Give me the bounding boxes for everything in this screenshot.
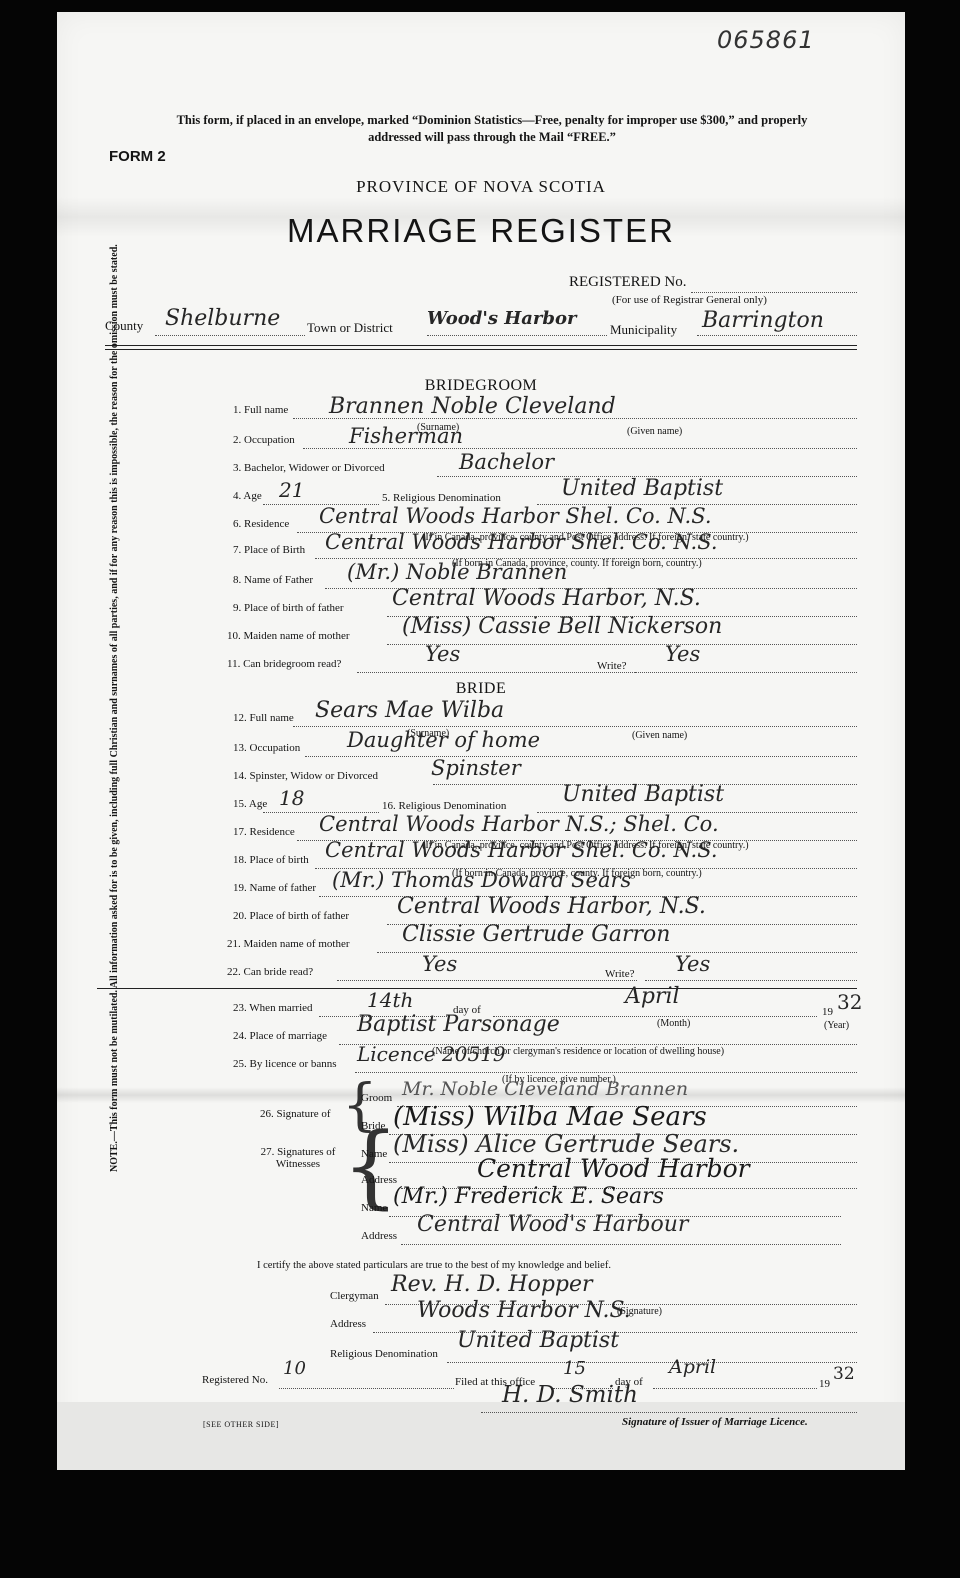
clergyman-address[interactable]: Woods Harbor N.S. (417, 1298, 631, 1323)
field-dots (635, 672, 857, 673)
field-label: Write? (597, 660, 626, 672)
clergyman-label: Clergyman (330, 1290, 379, 1302)
field-label: 8. Name of Father (233, 574, 313, 586)
field-label: Write? (605, 968, 634, 980)
bride-residence[interactable]: Central Woods Harbor N.S.; Shel. Co. (319, 812, 719, 836)
field-label: 16. Religious Denomination (382, 800, 506, 812)
town-label: Town or District (307, 320, 393, 336)
certification-statement: I certify the above stated particulars a… (257, 1260, 611, 1271)
field-dots (337, 980, 637, 981)
municipality-label: Municipality (610, 322, 677, 338)
field-label: 19. Name of father (233, 882, 316, 894)
serial-number: 065861 (717, 26, 815, 54)
filed-year[interactable]: 32 (833, 1364, 855, 1384)
year-hint: (Year) (824, 1020, 849, 1031)
field-label: 11. Can bridegroom read? (227, 658, 341, 670)
bride-occupation[interactable]: Daughter of home (347, 728, 540, 752)
licence-number[interactable]: Licence 20519 (357, 1042, 506, 1066)
given-name-hint: (Given name) (627, 426, 682, 437)
field-label: 5. Religious Denomination (382, 492, 501, 504)
bride-father-name[interactable]: (Mr.) Thomas Doward Sears (332, 868, 631, 892)
field-label: 6. Residence (233, 518, 289, 530)
province-heading: PROVINCE OF NOVA SCOTIA (57, 177, 905, 197)
groom-father-name[interactable]: (Mr.) Noble Brannen (347, 560, 567, 584)
field-label: 21. Maiden name of mother (227, 938, 350, 950)
marriage-day[interactable]: 14th (367, 988, 413, 1012)
witnesses-label: 27. Signatures of Witnesses (253, 1146, 343, 1170)
witness-address-label: Address (361, 1230, 397, 1242)
witness-2-name[interactable]: (Mr.) Frederick E. Sears (393, 1184, 664, 1209)
filed-month[interactable]: April (669, 1356, 716, 1378)
groom-age[interactable]: 21 (279, 478, 304, 502)
clergyman-denomination[interactable]: United Baptist (457, 1328, 619, 1353)
section-rule (97, 988, 857, 989)
licence-label: 25. By licence or banns (233, 1058, 337, 1070)
groom-status[interactable]: Bachelor (459, 450, 554, 474)
field-dots (447, 1362, 857, 1363)
place-of-marriage[interactable]: Baptist Parsonage (357, 1012, 560, 1037)
issuer-signature[interactable]: H. D. Smith (502, 1382, 638, 1408)
bride-signature[interactable]: (Miss) Wilba Mae Sears (393, 1102, 707, 1132)
field-dots (303, 448, 857, 449)
bride-father-birthplace[interactable]: Central Woods Harbor, N.S. (397, 894, 706, 919)
field-label: 20. Place of birth of father (233, 910, 349, 922)
witness-name-label: Name (361, 1202, 387, 1214)
witness-name-label: Name (361, 1148, 387, 1160)
field-dots (293, 726, 857, 727)
town-value[interactable]: Wood's Harbor (427, 308, 576, 329)
double-rule (105, 349, 857, 350)
registered-no-label: REGISTERED No. (569, 274, 687, 291)
county-value[interactable]: Shelburne (165, 306, 280, 331)
brace: { (342, 1122, 399, 1212)
groom-occupation[interactable]: Fisherman (349, 424, 463, 448)
place-of-marriage-label: 24. Place of marriage (233, 1030, 327, 1042)
bride-birthplace[interactable]: Central Woods Harbor Shel. Co. N.S. (325, 838, 718, 862)
when-married-label: 23. When married (233, 1002, 313, 1014)
field-label: 1. Full name (233, 404, 288, 416)
field-label: 4. Age (233, 490, 262, 502)
groom-signature[interactable]: Mr. Noble Cleveland Brannen (402, 1078, 688, 1100)
field-dots (653, 1388, 817, 1389)
field-dots (279, 1388, 454, 1389)
mailing-notice: This form, if placed in an envelope, mar… (157, 112, 827, 146)
field-label: 9. Place of birth of father (233, 602, 344, 614)
town-dots (427, 335, 607, 336)
field-label: 10. Maiden name of mother (227, 630, 350, 642)
field-label: 12. Full name (233, 712, 294, 724)
field-label: 2. Occupation (233, 434, 295, 446)
field-dots (645, 980, 857, 981)
field-label: 17. Residence (233, 826, 295, 838)
year-prefix: 19 (822, 1006, 833, 1018)
form-number: FORM 2 (109, 148, 166, 165)
field-label: 18. Place of birth (233, 854, 309, 866)
field-dots (481, 1412, 857, 1413)
groom-can-write[interactable]: Yes (665, 642, 700, 666)
issuer-signature-label: Signature of Issuer of Marriage Licence. (622, 1416, 808, 1428)
field-label: 3. Bachelor, Widower or Divorced (233, 462, 385, 474)
marriage-year[interactable]: 32 (837, 990, 862, 1014)
witness-1-address[interactable]: Central Wood Harbor (477, 1154, 750, 1183)
registered-no-field[interactable] (691, 292, 857, 293)
bride-full-name[interactable]: Sears Mae Wilba (315, 698, 504, 723)
witness-address-label: Address (361, 1174, 397, 1186)
field-dots (355, 1072, 857, 1073)
denomination-label: Religious Denomination (330, 1348, 438, 1360)
groom-father-birthplace[interactable]: Central Woods Harbor, N.S. (392, 586, 701, 611)
municipality-value[interactable]: Barrington (702, 308, 824, 333)
filed-day[interactable]: 15 (563, 1358, 586, 1379)
field-label: 7. Place of Birth (233, 544, 305, 556)
groom-residence[interactable]: Central Woods Harbor Shel. Co. N.S. (319, 504, 712, 528)
side-note: NOTE.—This form must not be mutilated. A… (108, 532, 122, 1172)
page-title: MARRIAGE REGISTER (57, 212, 905, 250)
groom-signature-label: Groom (361, 1092, 392, 1104)
registered-no-value[interactable]: 10 (283, 1358, 306, 1379)
given-name-hint: (Given name) (632, 730, 687, 741)
county-dots (155, 335, 305, 336)
groom-birthplace[interactable]: Central Woods Harbor Shel. Co. N.S. (325, 530, 718, 554)
registered-no-label: Registered No. (202, 1374, 268, 1386)
bride-mother-maiden-name[interactable]: Clissie Gertrude Garron (402, 922, 670, 947)
field-label: 22. Can bride read? (227, 966, 313, 978)
signature-of-label: 26. Signature of (260, 1108, 331, 1120)
bride-age[interactable]: 18 (279, 786, 304, 810)
clergyman-address-label: Address (330, 1318, 366, 1330)
marriage-register-form: 065861 This form, if placed in an envelo… (57, 12, 905, 1470)
field-label: 15. Age (233, 798, 267, 810)
year-prefix: 19 (819, 1378, 830, 1390)
bride-heading: BRIDE (57, 680, 905, 698)
groom-can-read[interactable]: Yes (425, 642, 460, 666)
bride-status[interactable]: Spinster (431, 756, 521, 780)
groom-mother-maiden-name[interactable]: (Miss) Cassie Bell Nickerson (402, 614, 722, 639)
field-dots (401, 1244, 841, 1245)
registered-no-note: (For use of Registrar General only) (612, 294, 767, 306)
clergyman-signature[interactable]: Rev. H. D. Hopper (391, 1272, 593, 1297)
field-dots (357, 672, 657, 673)
municipality-dots (697, 335, 857, 336)
marriage-month[interactable]: April (625, 984, 680, 1009)
groom-denomination[interactable]: United Baptist (561, 476, 723, 501)
witness-2-address[interactable]: Central Wood's Harbour (417, 1212, 688, 1237)
groom-full-name[interactable]: Brannen Noble Cleveland (329, 394, 616, 419)
field-label: 13. Occupation (233, 742, 300, 754)
bride-can-read[interactable]: Yes (422, 952, 457, 976)
field-label: 14. Spinster, Widow or Divorced (233, 770, 378, 782)
bride-can-write[interactable]: Yes (675, 952, 710, 976)
double-rule (105, 345, 857, 346)
field-dots (305, 756, 857, 757)
bridegroom-heading: BRIDEGROOM (57, 377, 905, 395)
bride-denomination[interactable]: United Baptist (562, 782, 724, 807)
month-hint: (Month) (657, 1018, 690, 1029)
see-other-side: [SEE OTHER SIDE] (203, 1420, 279, 1429)
